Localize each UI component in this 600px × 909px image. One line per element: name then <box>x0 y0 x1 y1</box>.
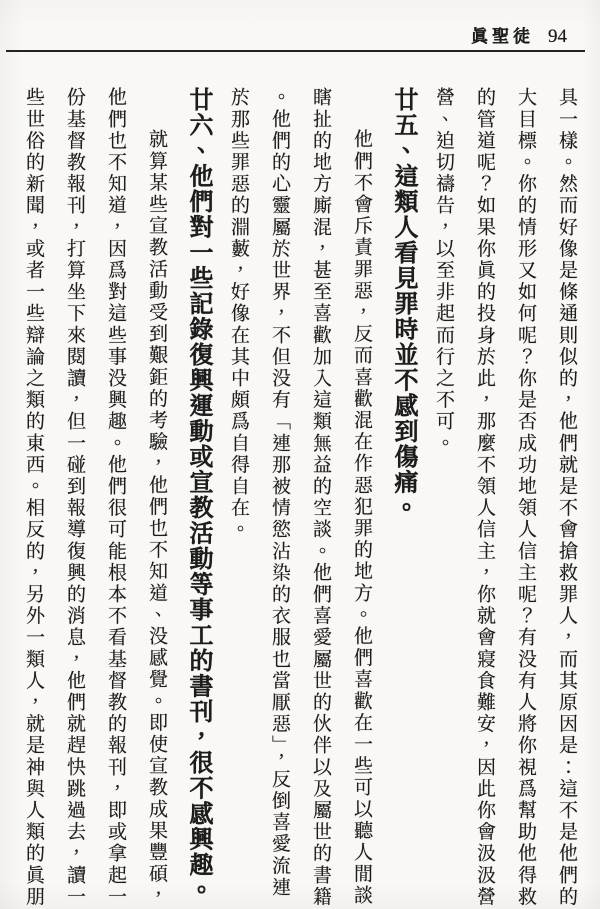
vertical-text-body: 具一樣。然而好像是條通則似的，他們就是不會搶救罪人，而其原因是：這不是他們的大目… <box>11 87 587 909</box>
page-number: 94 <box>548 26 567 48</box>
running-head: 眞聖徒 94 <box>471 22 567 48</box>
paragraph-continuation: 具一樣。然而好像是條通則似的，他們就是不會搶救罪人，而其原因是：這不是他們的大目… <box>423 87 587 909</box>
book-title: 眞聖徒 <box>471 22 534 47</box>
paragraph-section-25: 他們不會斥責罪惡，反而喜歡混在作惡犯罪的地方。他們喜歡在一些可以聽人閒談瞎扯的地… <box>218 87 382 909</box>
book-page: { "header": { "book_title": "眞聖徒", "page… <box>0 0 600 909</box>
header-rule-divider <box>6 50 585 52</box>
section-heading-26: 廿六、他們對一些記錄復興運動或宣教活動等事工的書刊，很不感興趣。 <box>177 87 218 909</box>
paragraph-section-26: 就算某些宣教活動受到艱鉅的考驗，他們也不知道、没感覺。即使宣教成果豐碩，他們也不… <box>13 87 177 909</box>
section-heading-25: 廿五、這類人看見罪時並不感到傷痛。 <box>382 87 423 909</box>
